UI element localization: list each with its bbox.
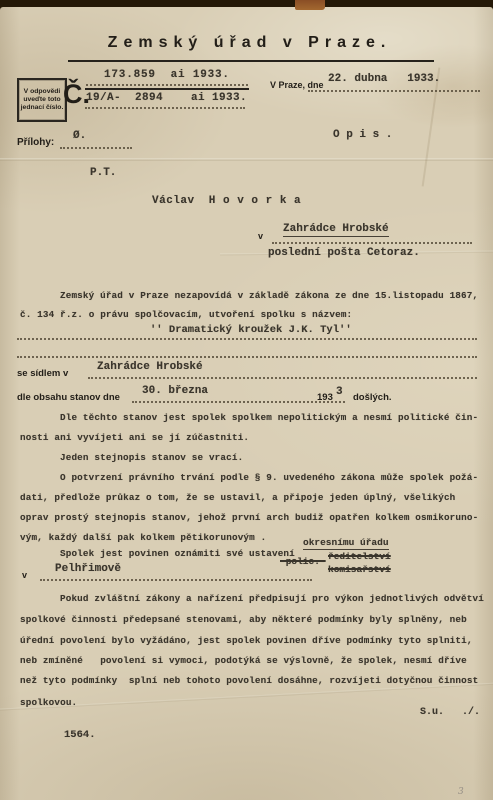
place2-rule: [40, 579, 312, 581]
society-name: '' Dramatický kroužek J.K. Tyl'': [150, 324, 352, 336]
para6-line5: než tyto podmínky splní neb tohoto povol…: [20, 675, 478, 686]
para1-line1: Zemský úřad v Praze nezapovídá v základě…: [60, 290, 478, 301]
office-title: Zemský úřad v Praze.: [62, 34, 437, 52]
para4-line2: dati, předlože průkaz o tom, že se ustav…: [20, 492, 455, 503]
correction-inserted: okresnímu úřadu: [303, 537, 389, 550]
para2-line1: Dle těchto stanov jest spolek spolkem ne…: [60, 412, 478, 423]
addressee-in-prefix: v: [258, 231, 263, 241]
para4-line1: O potvrzení právního trvání podle § 9. u…: [60, 472, 478, 483]
para5-line1: Spolek jest povinen oznámiti své ustaven…: [60, 548, 295, 559]
statutes-suffix: došlých.: [353, 392, 392, 403]
seat-label: se sídlem v: [17, 368, 68, 379]
reference-rule-dotted-1: [86, 84, 248, 86]
office-title-rule: [68, 60, 434, 62]
addressee-place: Zahrádce Hrobské: [283, 223, 389, 237]
para1-line2: č. 134 ř.z. o právu spolčovacím, utvořen…: [20, 309, 352, 320]
addressee-name: Václav H o v o r k a: [152, 195, 301, 207]
addressee-post-line: poslední pošta Cetoraz.: [268, 247, 420, 259]
reference-number-box: V odpovědi uveďte toto jednací číslo.: [17, 78, 67, 122]
crease-right-fold: [422, 67, 441, 186]
para3-line1: Jeden stejnopis stanov se vrací.: [60, 452, 243, 463]
society-name-rule: [17, 338, 477, 340]
para6-line6: spolkovou.: [20, 697, 77, 708]
crease-horizontal-top: [0, 158, 493, 161]
place-date-label: V Praze, dne: [270, 80, 324, 90]
place-date-rule: [308, 90, 480, 92]
paper-sheet: Zemský úřad v Praze. V odpovědi uveďte t…: [0, 7, 493, 800]
seat-value: Zahrádce Hrobské: [97, 361, 203, 373]
tape-remnant: [295, 0, 325, 10]
blank-rule: [17, 356, 477, 358]
pencil-corner-mark: 3: [458, 787, 464, 797]
place2-value: Pelhřimově: [55, 563, 121, 575]
para6-line4: neb zmíněné povolení si vymoci, podotýká…: [20, 655, 467, 666]
para6-line1: Pokud zvláštní zákony a nařízení předpis…: [60, 593, 484, 604]
enclosures-label: Přílohy:: [17, 137, 54, 148]
form-number: 1564.: [64, 729, 96, 741]
reference-box-note: V odpovědi uveďte toto jednací číslo.: [19, 88, 65, 112]
enclosures-value: Ø.: [73, 130, 86, 142]
addressee-place-rule: [272, 242, 472, 244]
signature-mark: S.u. ./.: [420, 707, 480, 718]
reference-number-2: 19/A- 2894 ai 1933.: [86, 92, 247, 104]
reference-rule-solid: [85, 88, 249, 90]
statutes-rule: [132, 401, 345, 403]
reference-rule-dotted-2: [85, 107, 245, 109]
statutes-year-typed: 3: [336, 386, 343, 398]
correction-struck-top: ředitelství: [328, 551, 391, 562]
para2-line2: nosti ani vyvíjeti ani se jí zúčastniti.: [20, 432, 249, 443]
para4-line4: vým, každý další pak kolkem pětikorunový…: [20, 532, 266, 543]
salutation: P.T.: [90, 167, 116, 179]
correction-struck-bottom: komisařství: [328, 564, 391, 575]
document-photo: Zemský úřad v Praze. V odpovědi uveďte t…: [0, 0, 493, 800]
copy-note: O p i s .: [333, 129, 392, 141]
para4-line3: oprav prostý stejnopis stanov, jehož prv…: [20, 512, 478, 523]
enclosures-rule: [60, 147, 132, 149]
para6-line3: úřední povolení bylo vyžádáno, jest spol…: [20, 635, 473, 646]
reference-number-1: 173.859 ai 1933.: [104, 69, 230, 81]
correction-struck-left: -polic.-: [280, 556, 326, 567]
statutes-date: 30. března: [142, 385, 208, 397]
place2-in-prefix: v: [22, 570, 27, 580]
place-date-value: 22. dubna 1933.: [328, 73, 440, 85]
statutes-label: dle obsahu stanov dne: [17, 392, 120, 403]
seat-rule: [88, 377, 477, 379]
statutes-year-printed: 193: [317, 392, 333, 403]
para6-line2: spolkové činnosti předepsané stenovami, …: [20, 614, 467, 625]
